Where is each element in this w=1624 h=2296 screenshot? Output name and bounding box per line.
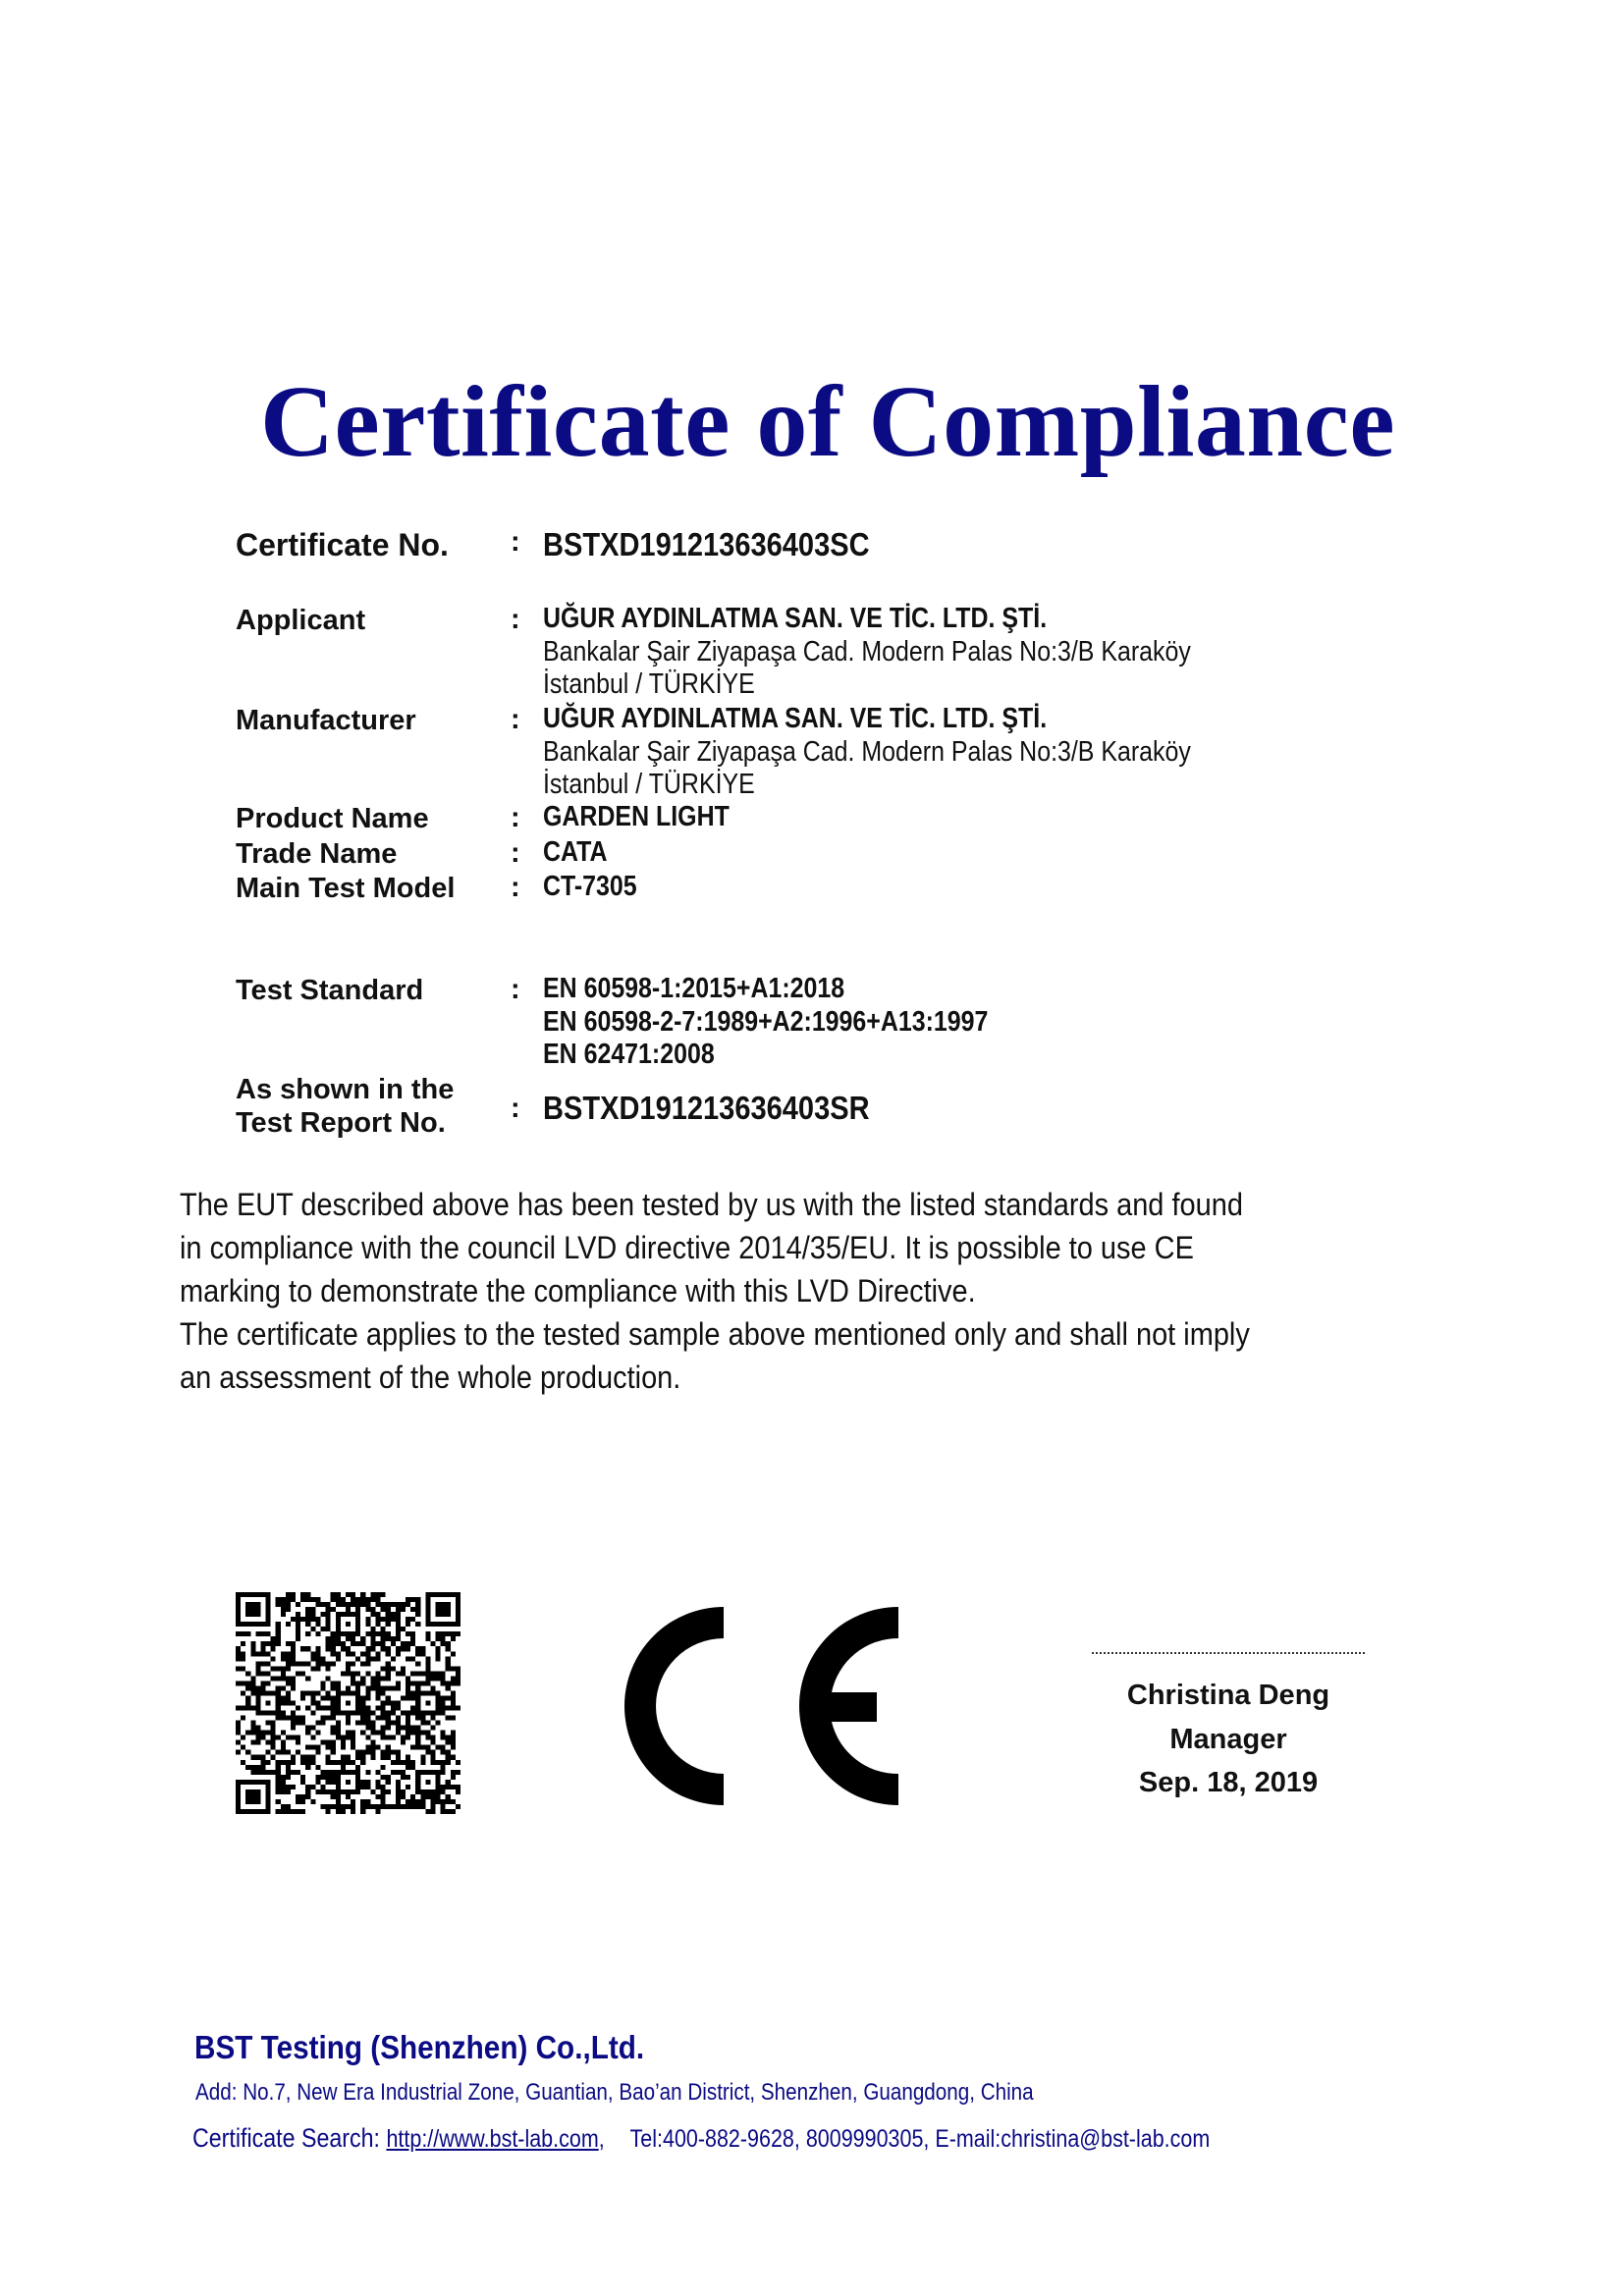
product-name-label: Product Name xyxy=(236,803,429,835)
colon: : xyxy=(511,604,520,636)
certificate-search-label: Certificate Search: xyxy=(192,2123,380,2153)
statement-line: The certificate applies to the tested sa… xyxy=(180,1316,1250,1353)
signatory-name: Christina Deng xyxy=(1041,1680,1416,1712)
colon: : xyxy=(511,872,520,904)
colon: : xyxy=(511,704,520,736)
signature-date: Sep. 18, 2019 xyxy=(1041,1767,1416,1799)
test-standard-value: EN 60598-1:2015+A1:2018 xyxy=(543,973,844,1005)
trade-name-label: Trade Name xyxy=(236,838,397,871)
contact-info: Tel:400-882-9628, 8009990305, E-mail:chr… xyxy=(630,2125,1211,2153)
applicant-name: UĞUR AYDINLATMA SAN. VE TİC. LTD. ŞTİ. xyxy=(543,603,1047,635)
certificate-no-label: Certificate No. xyxy=(236,527,449,563)
document-title: Certificate of Compliance xyxy=(16,363,1624,480)
colon: : xyxy=(511,526,520,559)
footer-address: Add: No.7, New Era Industrial Zone, Guan… xyxy=(195,2079,1034,2107)
colon: : xyxy=(511,974,520,1006)
test-standard-value: EN 60598-2-7:1989+A2:1996+A13:1997 xyxy=(543,1006,988,1039)
main-test-model-value: CT-7305 xyxy=(543,871,637,903)
statement-line: an assessment of the whole production. xyxy=(180,1360,680,1396)
footer-company: BST Testing (Shenzhen) Co.,Ltd. xyxy=(194,2029,644,2066)
applicant-address-line2: İstanbul / TÜRKİYE xyxy=(543,668,755,701)
separator: , xyxy=(599,2125,605,2153)
test-report-label-line1: As shown in the xyxy=(236,1074,454,1106)
applicant-address-line1: Bankalar Şair Ziyapaşa Cad. Modern Palas… xyxy=(543,636,1191,668)
test-report-value: BSTXD191213636403SR xyxy=(543,1090,870,1127)
test-standard-value: EN 62471:2008 xyxy=(543,1039,715,1071)
applicant-label: Applicant xyxy=(236,605,365,637)
manufacturer-name: UĞUR AYDINLATMA SAN. VE TİC. LTD. ŞTİ. xyxy=(543,703,1047,735)
statement-line: The EUT described above has been tested … xyxy=(180,1187,1243,1223)
statement-line: in compliance with the council LVD direc… xyxy=(180,1230,1194,1266)
colon: : xyxy=(511,802,520,834)
signatory-role: Manager xyxy=(1041,1724,1416,1756)
test-report-label-line2: Test Report No. xyxy=(236,1107,446,1140)
qr-code-icon xyxy=(236,1592,460,1814)
colon: : xyxy=(511,837,520,870)
statement-line: marking to demonstrate the compliance wi… xyxy=(180,1273,976,1309)
colon: : xyxy=(511,1093,520,1125)
trade-name-value: CATA xyxy=(543,836,608,869)
product-name-value: GARDEN LIGHT xyxy=(543,801,730,833)
signature-line xyxy=(1092,1652,1365,1654)
footer-contact-line: Certificate Search: http://www.bst-lab.c… xyxy=(192,2123,1210,2154)
certificate-search-link[interactable]: http://www.bst-lab.com xyxy=(386,2125,598,2153)
test-standard-label: Test Standard xyxy=(236,975,423,1007)
main-test-model-label: Main Test Model xyxy=(236,873,455,905)
manufacturer-label: Manufacturer xyxy=(236,705,416,737)
certificate-no-value: BSTXD191213636403SC xyxy=(543,526,870,563)
manufacturer-address-line1: Bankalar Şair Ziyapaşa Cad. Modern Palas… xyxy=(543,736,1191,769)
ce-mark-icon xyxy=(601,1590,901,1822)
manufacturer-address-line2: İstanbul / TÜRKİYE xyxy=(543,769,755,801)
